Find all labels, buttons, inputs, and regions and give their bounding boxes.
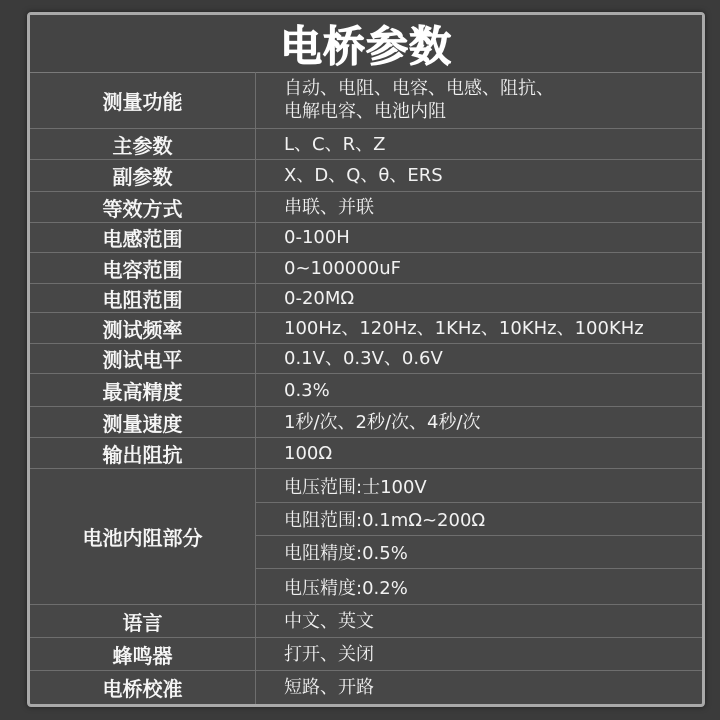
row-label: 测试电平	[30, 344, 256, 373]
battery-section: 电池内阻部分 电压范围:士100V 电阻范围:0.1mΩ~200Ω 电阻精度:0…	[30, 469, 702, 605]
value-line: 串联、并联	[284, 196, 692, 219]
row-value: 100Hz、120Hz、1KHz、10KHz、100KHz	[284, 313, 692, 343]
value-line: 0.1V、0.3V、0.6V	[284, 347, 692, 370]
value-line: L、C、R、Z	[284, 133, 692, 156]
row-value: 中文、英文	[284, 605, 692, 637]
row-value: 1秒/次、2秒/次、4秒/次	[284, 407, 692, 437]
table-row: 测试电平 0.1V、0.3V、0.6V	[30, 344, 702, 374]
row-label: 最高精度	[30, 374, 256, 406]
spec-table: 电桥参数 测量功能 自动、电阻、电容、电感、阻抗、 电解电容、电池内阻 主参数 …	[27, 12, 705, 707]
value-line: 短路、开路	[284, 676, 692, 699]
value-line: 0.3%	[284, 379, 692, 402]
table-row: 电桥校准 短路、开路	[30, 671, 702, 704]
table-row: 主参数 L、C、R、Z	[30, 129, 702, 160]
row-value: 打开、关闭	[284, 638, 692, 670]
value-line: 1秒/次、2秒/次、4秒/次	[284, 411, 692, 434]
row-value: X、D、Q、θ、ERS	[284, 160, 692, 191]
value-line: 自动、电阻、电容、电感、阻抗、	[284, 77, 692, 100]
row-label: 电桥校准	[30, 671, 256, 704]
row-label: 测试频率	[30, 313, 256, 343]
table-row: 语言 中文、英文	[30, 605, 702, 638]
table-title: 电桥参数	[30, 15, 702, 73]
row-label: 电感范围	[30, 223, 256, 252]
row-value: 0-100H	[284, 223, 692, 252]
row-value: 0.3%	[284, 374, 692, 406]
row-label: 语言	[30, 605, 256, 637]
table-row: 蜂鸣器 打开、关闭	[30, 638, 702, 671]
value-line: 电解电容、电池内阻	[284, 100, 692, 123]
table-row: 测量功能 自动、电阻、电容、电感、阻抗、 电解电容、电池内阻	[30, 72, 702, 129]
table-row: 副参数 X、D、Q、θ、ERS	[30, 160, 702, 192]
row-value: 100Ω	[284, 438, 692, 468]
battery-item: 电压精度:0.2%	[256, 569, 702, 604]
battery-item: 电阻范围:0.1mΩ~200Ω	[256, 503, 702, 536]
value-line: X、D、Q、θ、ERS	[284, 164, 692, 187]
row-value: 0.1V、0.3V、0.6V	[284, 344, 692, 373]
value-line: 0-100H	[284, 226, 692, 249]
row-value: 短路、开路	[284, 671, 692, 704]
battery-item-text: 电压范围:士100V	[256, 473, 427, 499]
row-label: 等效方式	[30, 192, 256, 222]
row-value: L、C、R、Z	[284, 129, 692, 159]
value-line: 100Hz、120Hz、1KHz、10KHz、100KHz	[284, 317, 692, 340]
row-label: 电容范围	[30, 253, 256, 283]
table-row: 测量速度 1秒/次、2秒/次、4秒/次	[30, 407, 702, 438]
row-label: 输出阻抗	[30, 438, 256, 468]
row-label: 蜂鸣器	[30, 638, 256, 670]
row-label: 副参数	[30, 160, 256, 191]
row-label: 测量功能	[30, 72, 256, 128]
battery-item: 电压范围:士100V	[256, 469, 702, 503]
value-line: 打开、关闭	[284, 643, 692, 666]
row-label: 主参数	[30, 129, 256, 159]
row-value: 串联、并联	[284, 192, 692, 222]
row-value: 自动、电阻、电容、电感、阻抗、 电解电容、电池内阻	[284, 72, 692, 128]
value-line: 中文、英文	[284, 610, 692, 633]
value-line: 0~100000uF	[284, 257, 692, 280]
table-row: 输出阻抗 100Ω	[30, 438, 702, 469]
row-value: 0-20MΩ	[284, 284, 692, 312]
table-row: 测试频率 100Hz、120Hz、1KHz、10KHz、100KHz	[30, 313, 702, 344]
table-row: 电感范围 0-100H	[30, 223, 702, 253]
row-label: 电阻范围	[30, 284, 256, 312]
table-row: 最高精度 0.3%	[30, 374, 702, 407]
battery-item: 电阻精度:0.5%	[256, 536, 702, 569]
row-label: 测量速度	[30, 407, 256, 437]
battery-item-text: 电阻精度:0.5%	[256, 539, 408, 565]
table-row: 电容范围 0~100000uF	[30, 253, 702, 284]
value-line: 100Ω	[284, 442, 692, 465]
row-value: 0~100000uF	[284, 253, 692, 283]
value-line: 0-20MΩ	[284, 287, 692, 310]
battery-item-text: 电阻范围:0.1mΩ~200Ω	[256, 506, 485, 532]
battery-item-text: 电压精度:0.2%	[256, 574, 408, 600]
battery-section-label: 电池内阻部分	[30, 469, 256, 604]
table-row: 等效方式 串联、并联	[30, 192, 702, 223]
table-row: 电阻范围 0-20MΩ	[30, 284, 702, 313]
